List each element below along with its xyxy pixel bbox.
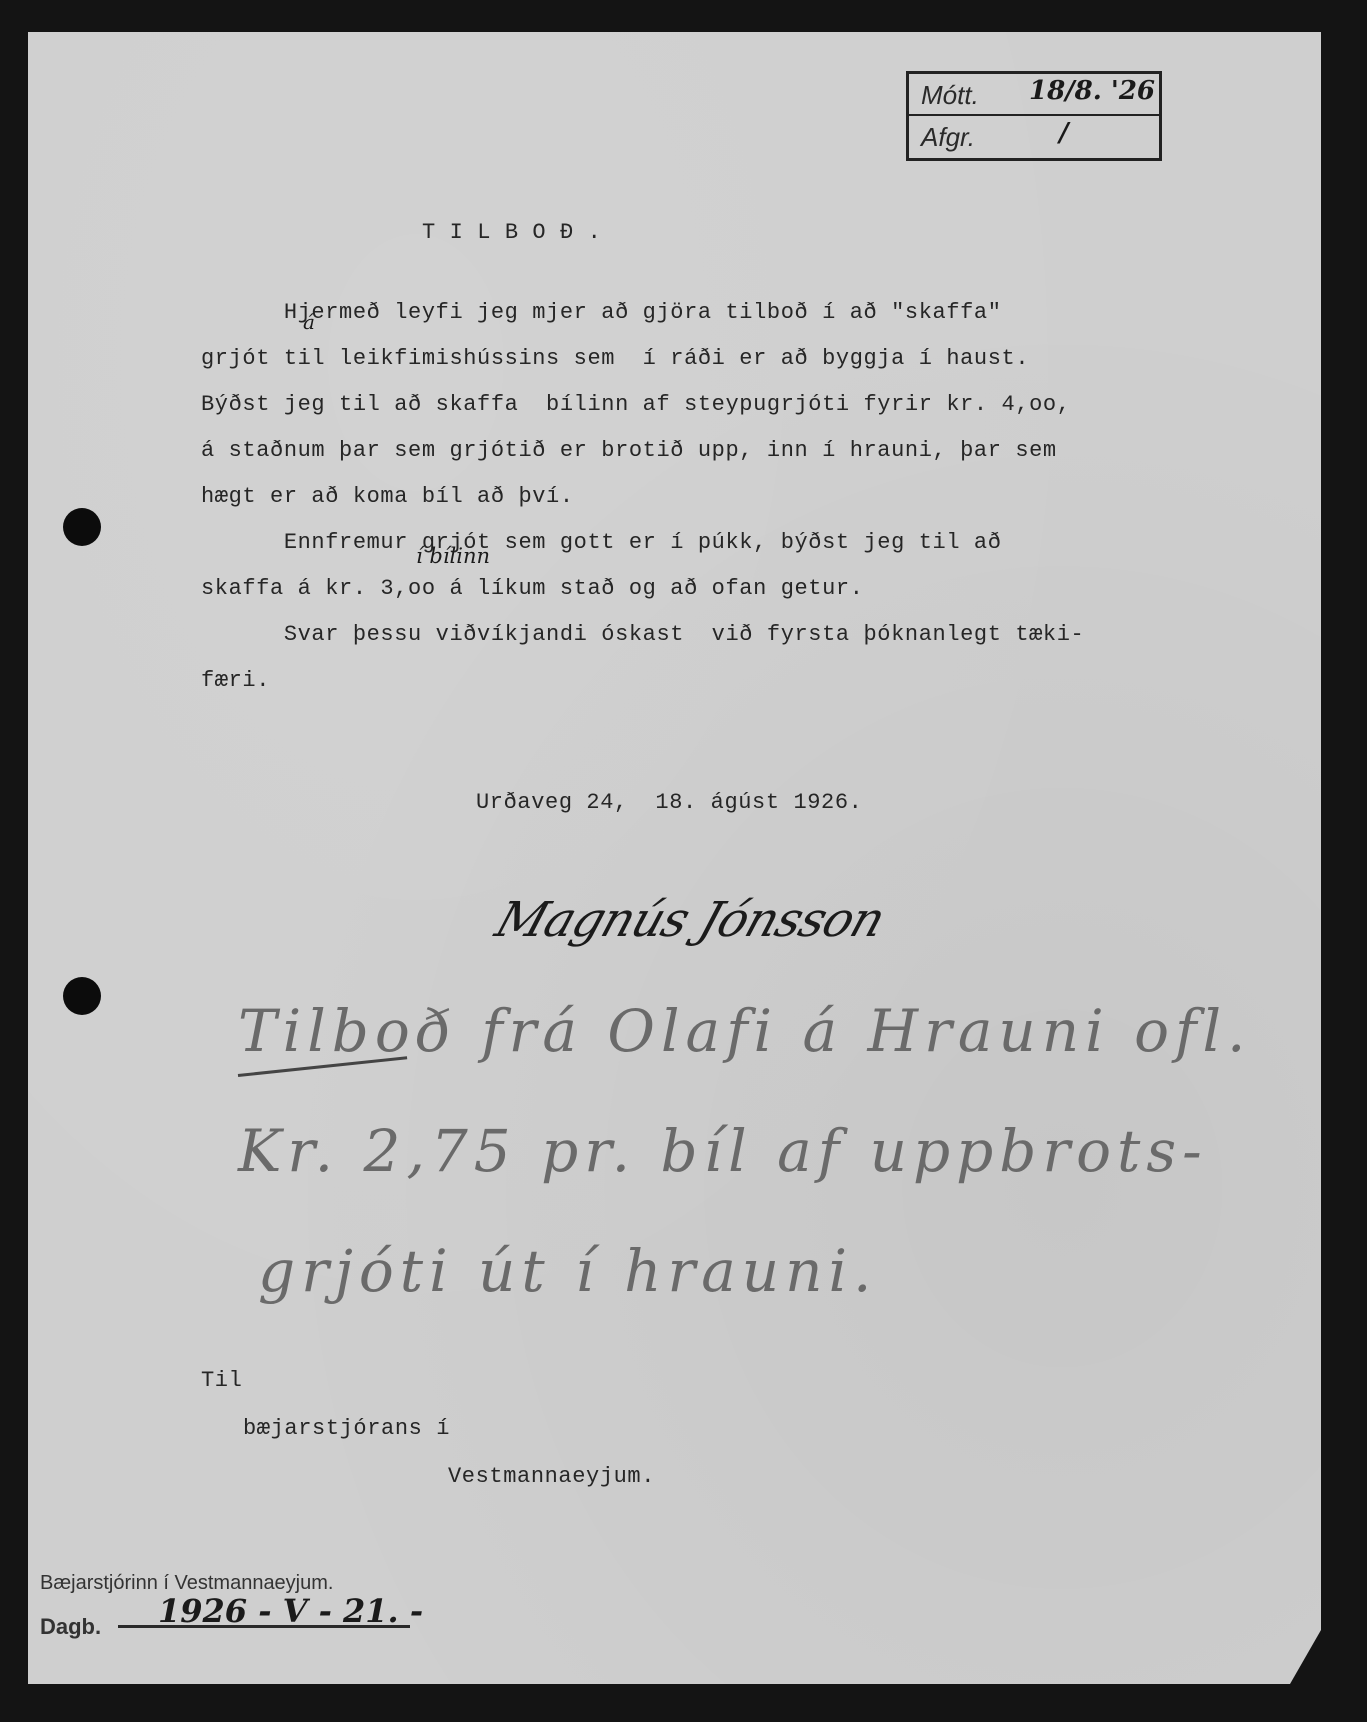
date-line: Urðaveg 24, 18. ágúst 1926. [476, 790, 862, 815]
address-line: Til [201, 1368, 242, 1393]
pencil-note-line: Tilboð frá Olafi á Hrauni ofl. [238, 997, 1252, 1065]
body-line: á staðnum þar sem grjótið er brotið upp,… [201, 438, 1057, 463]
stamp-processed-label: Afgr. [921, 122, 975, 153]
registry-stamp-line [118, 1625, 410, 1628]
document-page: Mótt. 18/8. '26 Afgr. / T I L B O Ð . Hj… [28, 32, 1321, 1684]
body-line: skaffa á kr. 3,oo á líkum stað og að ofa… [201, 576, 864, 601]
handwritten-insert: í bílinn [416, 544, 490, 568]
stamp-received-value: 18/8. '26 [1029, 76, 1155, 106]
document-title: T I L B O Ð . [422, 220, 601, 245]
stamp-received-row: Mótt. 18/8. '26 [909, 74, 1159, 116]
body-line: Svar þessu viðvíkjandi óskast við fyrsta… [201, 622, 1084, 647]
stamp-processed-value: / [1059, 118, 1069, 148]
registry-stamp-dagb-label: Dagb. [40, 1614, 101, 1640]
punch-hole [63, 977, 101, 1015]
handwritten-insert: á [303, 310, 315, 334]
address-line: Vestmannaeyjum. [448, 1464, 655, 1489]
punch-hole [63, 508, 101, 546]
body-line: grjót til leikfimishússins sem í ráði er… [201, 346, 1029, 371]
body-line: Býðst jeg til að skaffa bílinn af steypu… [201, 392, 1071, 417]
pencil-note-line: Kr. 2,75 pr. bíl af uppbrots- [238, 1117, 1208, 1185]
body-line: hægt er að koma bíl að því. [201, 484, 574, 509]
body-line: Hjermeð leyfi jeg mjer að gjöra tilboð í… [201, 300, 1002, 325]
stamp-processed-row: Afgr. / [909, 116, 1159, 158]
stamp-received-label: Mótt. [921, 80, 979, 111]
body-line: Ennfremur grjót sem gott er í púkk, býðs… [201, 530, 1002, 555]
address-line: bæjarstjórans í [243, 1416, 450, 1441]
pencil-note-line: grjóti út í hrauni. [258, 1237, 878, 1305]
body-line: færi. [201, 668, 270, 693]
received-stamp: Mótt. 18/8. '26 Afgr. / [906, 71, 1162, 161]
signature: Magnús Jónsson [489, 892, 892, 948]
